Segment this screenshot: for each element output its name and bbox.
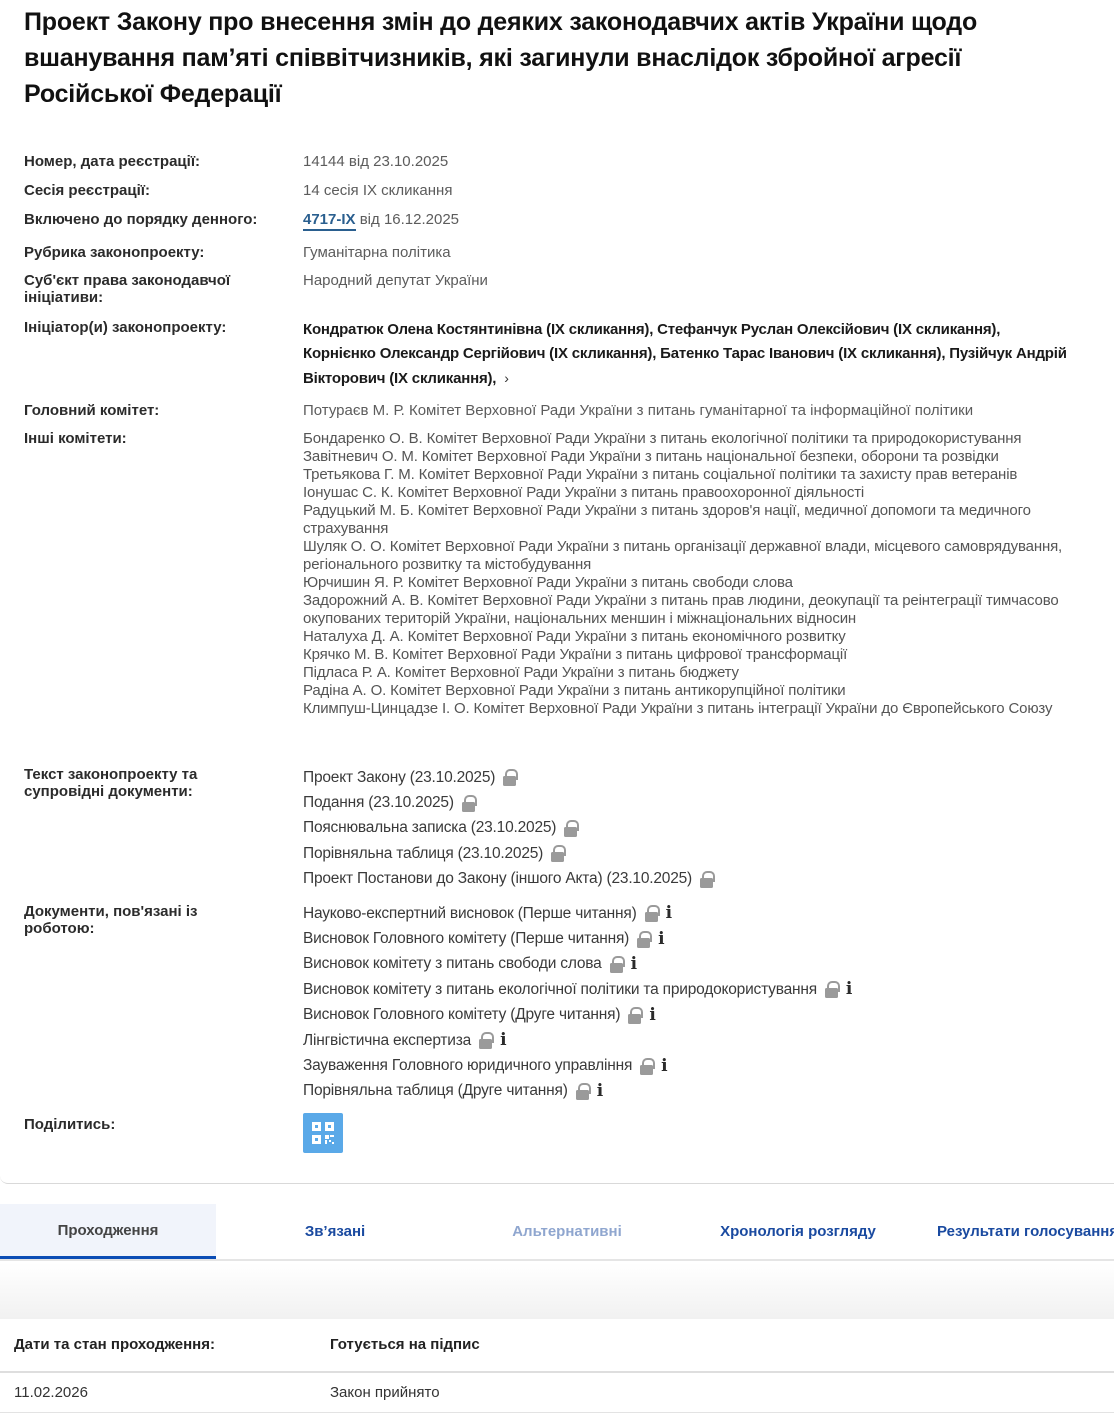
progress-row: 11.02.2026 Закон прийнято: [0, 1373, 1114, 1413]
document-item[interactable]: Пояснювальна записка (23.10.2025): [303, 816, 1103, 841]
document-link[interactable]: Подання (23.10.2025): [303, 794, 454, 812]
info-icon[interactable]: i: [658, 931, 664, 948]
tab-progress[interactable]: Проходження: [0, 1204, 216, 1259]
lock-icon: [610, 956, 623, 973]
progress-status: Закон прийнято: [330, 1384, 440, 1401]
document-link[interactable]: Зауваження Головного юридичного управлін…: [303, 1057, 632, 1075]
committee-item: Юрчишин Я. Р. Комітет Верховної Ради Укр…: [303, 574, 1103, 592]
document-link[interactable]: Лінгвістична експертиза: [303, 1032, 471, 1050]
committee-item: Підласа Р. А. Комітет Верховної Ради Укр…: [303, 664, 1103, 682]
lock-icon: [479, 1032, 492, 1049]
committee-item: Наталуха Д. А. Комітет Верховної Ради Ук…: [303, 628, 1103, 646]
tab-related[interactable]: Зв’язані: [262, 1204, 408, 1259]
document-item[interactable]: Порівняльна таблиця (Друге читання)i: [303, 1079, 1103, 1104]
document-link[interactable]: Порівняльна таблиця (Друге читання): [303, 1082, 568, 1100]
initiators-list[interactable]: Кондратюк Олена Костянтинівна (IX склика…: [303, 321, 1067, 387]
committee-item: Третьякова Г. М. Комітет Верховної Ради …: [303, 466, 1103, 484]
separator: від: [345, 153, 373, 170]
other-committees-list: Бондаренко О. В. Комітет Верховної Ради …: [303, 430, 1103, 718]
registration-number: 14144: [303, 153, 345, 170]
document-item[interactable]: Проект Закону (23.10.2025): [303, 765, 1103, 790]
lock-icon: [645, 905, 658, 922]
committee-item: Бондаренко О. В. Комітет Верховної Ради …: [303, 430, 1103, 448]
lock-icon: [640, 1058, 653, 1075]
document-item[interactable]: Науково-експертний висновок (Перше читан…: [303, 901, 1103, 926]
agenda-label: Включено до порядку денного:: [24, 211, 284, 228]
lock-icon: [462, 795, 475, 812]
document-item[interactable]: Висновок Головного комітету (Друге читан…: [303, 1003, 1103, 1028]
document-link[interactable]: Висновок комітету з питань екологічної п…: [303, 981, 817, 999]
document-item[interactable]: Порівняльна таблиця (23.10.2025): [303, 841, 1103, 866]
initiators-label: Ініціатор(и) законопроекту:: [24, 319, 284, 336]
lock-icon: [628, 1007, 641, 1024]
document-link[interactable]: Пояснювальна записка (23.10.2025): [303, 819, 556, 837]
share-qr-button[interactable]: [303, 1113, 343, 1153]
tab-bar: Проходження Зв’язані Альтернативні Хроно…: [0, 1204, 1114, 1261]
registration-date: 23.10.2025: [373, 153, 448, 170]
separator: від: [356, 211, 384, 228]
document-item[interactable]: Висновок Головного комітету (Перше читан…: [303, 926, 1103, 951]
session-label: Сесія реєстрації:: [24, 182, 284, 199]
document-item[interactable]: Зауваження Головного юридичного управлін…: [303, 1053, 1103, 1078]
main-committee-label: Головний комітет:: [24, 402, 284, 419]
document-item[interactable]: Висновок комітету з питань екологічної п…: [303, 977, 1103, 1002]
committee-item: Радуцький М. Б. Комітет Верховної Ради У…: [303, 502, 1103, 538]
lock-icon: [576, 1083, 589, 1100]
info-icon[interactable]: i: [666, 905, 672, 922]
main-committee-value: Потураєв М. Р. Комітет Верховної Ради Ук…: [303, 402, 1103, 420]
lock-icon: [700, 871, 713, 888]
documents-label: Текст законопроекту та супровідні докуме…: [24, 766, 224, 800]
committee-item: Завітневич О. М. Комітет Верховної Ради …: [303, 448, 1103, 466]
document-link[interactable]: Висновок Головного комітету (Друге читан…: [303, 1006, 620, 1024]
info-icon[interactable]: i: [631, 956, 637, 973]
rubric-value: Гуманітарна політика: [303, 244, 1103, 262]
registration-label: Номер, дата реєстрації:: [24, 153, 284, 170]
info-icon[interactable]: i: [661, 1058, 667, 1075]
lock-icon: [825, 981, 838, 998]
info-icon[interactable]: i: [500, 1032, 506, 1049]
subject-value: Народний депутат України: [303, 272, 1103, 290]
document-link[interactable]: Висновок Головного комітету (Перше читан…: [303, 930, 629, 948]
rubric-label: Рубрика законопроекту:: [24, 244, 284, 261]
qr-code-icon: [312, 1122, 334, 1144]
info-icon[interactable]: i: [649, 1007, 655, 1024]
lock-icon: [551, 845, 564, 862]
committee-item: Радіна А. О. Комітет Верховної Ради Укра…: [303, 682, 1103, 700]
subject-label: Суб'єкт права законодавчої ініціативи:: [24, 272, 264, 306]
section-divider: [0, 1263, 1114, 1319]
agenda-link[interactable]: 4717-IX: [303, 211, 356, 231]
registration-value: 14144 від 23.10.2025: [303, 153, 1103, 171]
document-link[interactable]: Проект Закону (23.10.2025): [303, 769, 495, 787]
tab-voting-results[interactable]: Результати голосування: [937, 1204, 1114, 1259]
committee-item: Климпуш-Цинцадзе І. О. Комітет Верховної…: [303, 700, 1103, 718]
page-title: Проект Закону про внесення змін до деяки…: [24, 4, 1094, 112]
committee-item: Задорожний А. В. Комітет Верховної Ради …: [303, 592, 1103, 628]
work-documents-list: Науково-експертний висновок (Перше читан…: [303, 901, 1103, 1104]
initiators-value: Кондратюк Олена Костянтинівна (IX склика…: [303, 318, 1073, 391]
document-item[interactable]: Подання (23.10.2025): [303, 790, 1103, 815]
agenda-value: 4717-IX від 16.12.2025: [303, 211, 1103, 229]
committee-item: Крячко М. В. Комітет Верховної Ради Укра…: [303, 646, 1103, 664]
document-link[interactable]: Проект Постанови до Закону (іншого Акта)…: [303, 870, 692, 888]
progress-header: Дати та стан проходження: Готується на п…: [0, 1319, 1114, 1373]
committee-item: Іонушас С. К. Комітет Верховної Ради Укр…: [303, 484, 1103, 502]
chevron-right-icon[interactable]: ›: [504, 366, 508, 390]
current-status: Готується на підпис: [330, 1336, 480, 1353]
info-icon[interactable]: i: [597, 1083, 603, 1100]
bill-card: Проект Закону про внесення змін до деяки…: [0, 0, 1114, 1184]
document-link[interactable]: Порівняльна таблиця (23.10.2025): [303, 845, 543, 863]
documents-list: Проект Закону (23.10.2025) Подання (23.1…: [303, 765, 1103, 892]
share-label: Поділитись:: [24, 1116, 284, 1133]
progress-date: 11.02.2026: [14, 1384, 88, 1401]
agenda-date: 16.12.2025: [384, 211, 459, 228]
document-link[interactable]: Висновок комітету з питань свободи слова: [303, 955, 602, 973]
lock-icon: [503, 769, 516, 786]
session-value: 14 сесія IX скликання: [303, 182, 1103, 200]
tab-chronology[interactable]: Хронологія розгляду: [700, 1204, 896, 1259]
lock-icon: [637, 931, 650, 948]
document-link[interactable]: Науково-експертний висновок (Перше читан…: [303, 905, 637, 923]
other-committees-label: Інші комітети:: [24, 430, 284, 447]
work-documents-label: Документи, пов'язані із роботою:: [24, 903, 224, 937]
info-icon[interactable]: i: [846, 981, 852, 998]
tab-alternative[interactable]: Альтернативні: [480, 1204, 654, 1259]
lock-icon: [564, 820, 577, 837]
document-item[interactable]: Лінгвістична експертизаi: [303, 1028, 1103, 1053]
document-item[interactable]: Проект Постанови до Закону (іншого Акта)…: [303, 867, 1103, 892]
committee-item: Шуляк О. О. Комітет Верховної Ради Украї…: [303, 538, 1103, 574]
document-item[interactable]: Висновок комітету з питань свободи слова…: [303, 952, 1103, 977]
progress-header-label: Дати та стан проходження:: [14, 1336, 215, 1353]
